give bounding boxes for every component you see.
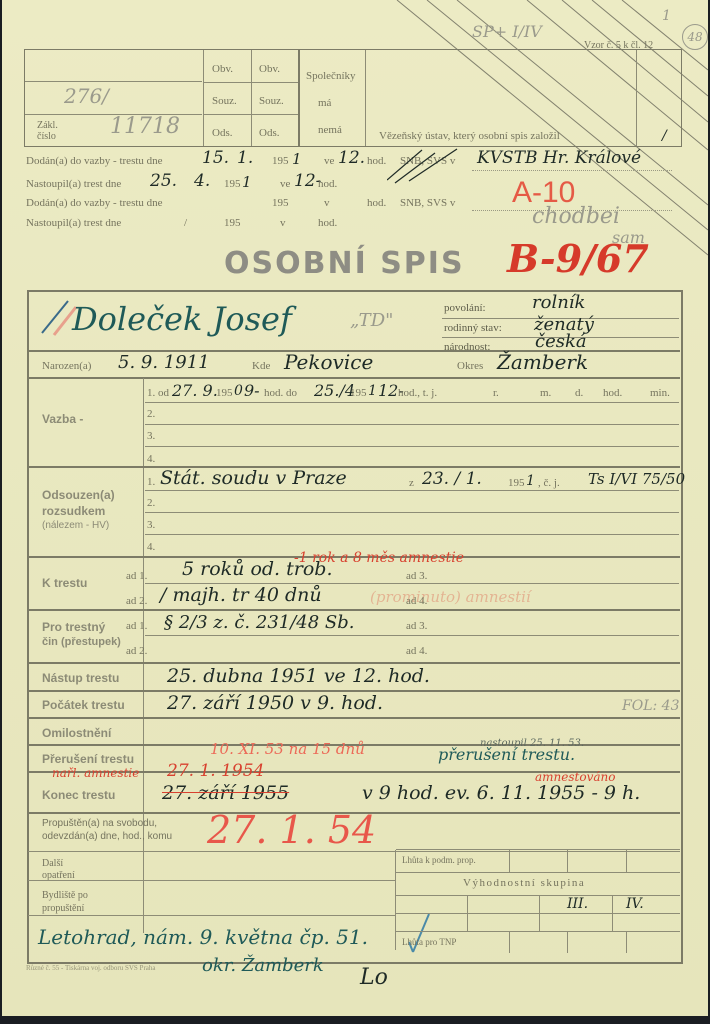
col1-ods: Ods. [212,127,232,139]
col1-obv: Obv. [212,63,233,75]
vazba-year2-hand: 1 [368,383,377,399]
spolecniky-label: Společníky [306,70,356,82]
trestny-cin-ad2-label: ad 2. [126,645,147,657]
zakl-cislo-value: 11718 [110,114,180,139]
spolecniky-ma: má [318,97,331,109]
odsouzen-label-1: Odsouzen(a) [42,488,115,502]
intake-1-month: 1. [237,148,253,168]
odsouzen-row4: 4. [147,541,155,553]
intake-3-ve: v [324,197,330,209]
vyhodnostni-skupina-label: Výhodnostní skupina [463,877,585,889]
propusten-red-value: 27. 1. 54 [207,808,376,852]
zakl-cislo-top: 276/ [64,84,109,108]
intake-2-label: Nastoupil(a) trest dne [26,178,121,190]
blue-checkmark-icon [407,912,437,957]
pocatek-trestu-label: Počátek trestu [42,698,125,712]
povolani-label: povolání: [444,302,486,314]
odsouzen-row2: 2. [147,497,155,509]
vazba-row3: 3. [147,430,155,442]
trestny-cin-label-2: čin (přestupek) [42,636,121,648]
vazba-unit-r: r. [493,387,499,399]
vazba-do-date: 25./4 [314,381,355,400]
intake-1-year: 195 [272,155,289,167]
odsouzen-date: 23. / 1. [422,469,482,489]
odsouzen-label-3: (nálezem - HV) [42,520,109,531]
okres-label: Okres [457,360,483,372]
konec-red-prefix: nařl. amnestie [52,766,139,780]
vazba-year2: 195 [350,387,367,399]
bydliste-address-1: Letohrad, nám. 9. května čp. 51. [38,925,368,949]
personal-file-form: SP+ I/IV Vzor č. 5 k čl. 12 1 48 Zákl. č… [2,0,708,1016]
narodnost-value: česká [535,331,587,352]
intake-2-hod: hod. [318,178,337,190]
trestny-cin-ad1-value: § 2/3 z. č. 231/48 Sb. [164,612,355,633]
intake-2-month: 4. [194,171,210,191]
preruseni-red-value: 10. XI. 53 na 15 dnů [210,740,365,758]
intake-1-place: KVSTB Hr. Králové [477,148,641,168]
bydliste-label-1: Bydliště po [42,890,88,901]
propusten-label-2: odevzdán(a) dne, hod., komu [42,831,172,842]
trestny-cin-ad1-label: ad 1. [126,620,147,632]
pocatek-pencil-ref: FOL: 43 [622,698,679,714]
kde-label: Kde [252,360,270,372]
intake-4-year: 195 [224,217,241,229]
corner-mark: 1 [662,8,671,24]
k-trestu-ad2-faded-note: (prominuto) amnestií [370,588,531,606]
propusten-label-1: Propuštěn(a) na svobodu, [42,818,157,829]
k-trestu-ad2-value: / majh. tr 40 dnů [160,584,322,606]
intake-4-hod: hod. [318,217,337,229]
odsouzen-year-hand: 1 [526,473,535,489]
vazba-year1-hand: 0 [234,383,243,399]
vazba-hod-do: hod. do [264,387,297,399]
initials-signature: Lo [360,965,388,990]
intake-1-hod: hod. [367,155,386,167]
odsouzen-cj: , č. j. [538,477,560,489]
k-trestu-ad1-amnesty: -1 rok a 8 měs amnestie [294,550,464,566]
lhuta-tnp-label: Lhůta pro TNP [402,937,456,947]
vazba-od-date: 27. 9. [172,381,218,400]
vazba-suffix: hod., t. j. [398,387,437,399]
bydliste-label-2: propuštění [42,903,84,914]
vazba-unit-min: min. [650,387,670,399]
k-trestu-ad2-label: ad 2. [126,595,147,607]
k-trestu-ad4-label: ad 4. [406,595,427,607]
spolecniky-nema: nemá [318,124,342,136]
vazba-year1: 195 [216,387,233,399]
kde-value: Pekovice [284,350,373,374]
vazba-unit-d: d. [575,387,583,399]
vazba-row1-prefix: 1. od [147,387,169,399]
povolani-value: rolník [532,292,585,313]
strike-marks [387,145,467,185]
odsouzen-row1-num: 1. [147,476,155,488]
konec-struck-value: 27. září 1955 [162,782,289,804]
k-trestu-ad3-label: ad 3. [406,570,427,582]
intake-4-ve: v [280,217,286,229]
k-trestu-ad1-label: ad 1. [126,570,147,582]
vazba-unit-hod: hod. [603,387,622,399]
bydliste-address-2: okr. Žamberk [202,955,324,976]
circle-mark: 48 [682,24,708,50]
nastup-trestu-value: 25. dubna 1951 ve 12. hod. [167,665,430,687]
pencil-note-1: chodbei [532,204,620,229]
dalsi-opatreni-label-1: Další [42,858,63,869]
col2-souz: Souz. [259,95,284,107]
intake-1-year-hand: 1 [292,150,302,168]
odsouzen-court: Stát. soudu v Praze [160,467,347,489]
trestny-cin-ad4-label: ad 4. [406,645,427,657]
intake-3-year: 195 [272,197,289,209]
intake-4-label: Nastoupil(a) trest dne [26,217,121,229]
omilostneni-label: Omilostnění [42,726,111,740]
odsouzen-label-2: rozsudkem [42,504,105,518]
konec-red-value: 27. 1. 1954 [167,761,264,781]
narozen-label: Narozen(a) [42,360,91,372]
konec-trestu-value: v 9 hod. ev. 6. 11. 1955 - 9 h. [362,782,640,804]
odsouzen-row3: 3. [147,519,155,531]
intake-2-day: 25. [150,171,177,191]
lhuta-podm-label: Lhůta k podm. prop. [402,855,476,865]
vazba-label: Vazba - [42,412,83,426]
file-number: B-9/67 [507,236,649,281]
intake-3-label: Dodán(a) do vazby - trestu dne [26,197,163,209]
col2-obv: Obv. [259,63,280,75]
skupina-value-iii: III. [567,896,588,912]
page-title: OSOBNÍ SPIS [224,246,465,281]
preruseni-pencil-note: nastoupil 25. 11. 53. [480,738,584,749]
intake-1-label: Dodán(a) do vazby - trestu dne [26,155,163,167]
narozen-value: 5. 9. 1911 [118,352,210,373]
institution-label: Vězeňský ústav, který osobní spis založi… [379,130,560,142]
nastup-trestu-label: Nástup trestu [42,671,119,685]
intake-2-year: 195 [224,178,241,190]
zakl-cislo-label: Zákl. číslo [37,120,77,142]
person-tag: „TD" [350,310,393,331]
intake-1-ve: ve [324,155,334,167]
odsouzen-z: z [409,477,414,489]
trestny-cin-label-1: Pro trestný [42,620,105,634]
institution-mark: / [662,128,667,144]
odsouzen-year: 195 [508,477,525,489]
pencil-top-note: SP+ I/IV [472,22,542,41]
col2-ods: Ods. [259,127,279,139]
vazba-hour1: 9- [244,381,260,400]
konec-red-amnestovano: amnestováno [535,770,615,784]
vazba-unit-m: m. [540,387,551,399]
vazba-row2: 2. [147,408,155,420]
intake-3-hod: hod. [367,197,386,209]
printer-footer: Různé č. 55 - Tiskárna voj. odboru SVS P… [26,964,156,972]
intake-3-snb: SNB, SVS v [400,197,455,209]
vazba-row4: 4. [147,453,155,465]
konec-trestu-label: Konec trestu [42,788,115,802]
skupina-value-iv: IV. [626,896,644,912]
intake-1-hour: 12. [338,148,365,168]
odsouzen-ref: Ts I/VI 75/50 [588,470,685,488]
intake-2-ve: ve [280,178,290,190]
person-name: Doleček Josef [72,300,292,338]
rodinny-stav-label: rodinný stav: [444,322,502,334]
pocatek-trestu-value: 27. září 1950 v 9. hod. [167,692,383,714]
preruseni-trestu-label: Přerušení trestu [42,752,134,766]
okres-value: Žamberk [497,350,588,374]
col1-souz: Souz. [212,95,237,107]
k-trestu-label: K trestu [42,576,87,590]
intake-1-day: 15. [202,148,229,168]
intake-4-slash: / [184,217,187,229]
intake-2-year-hand: 1 [242,173,252,191]
trestny-cin-ad3-label: ad 3. [406,620,427,632]
